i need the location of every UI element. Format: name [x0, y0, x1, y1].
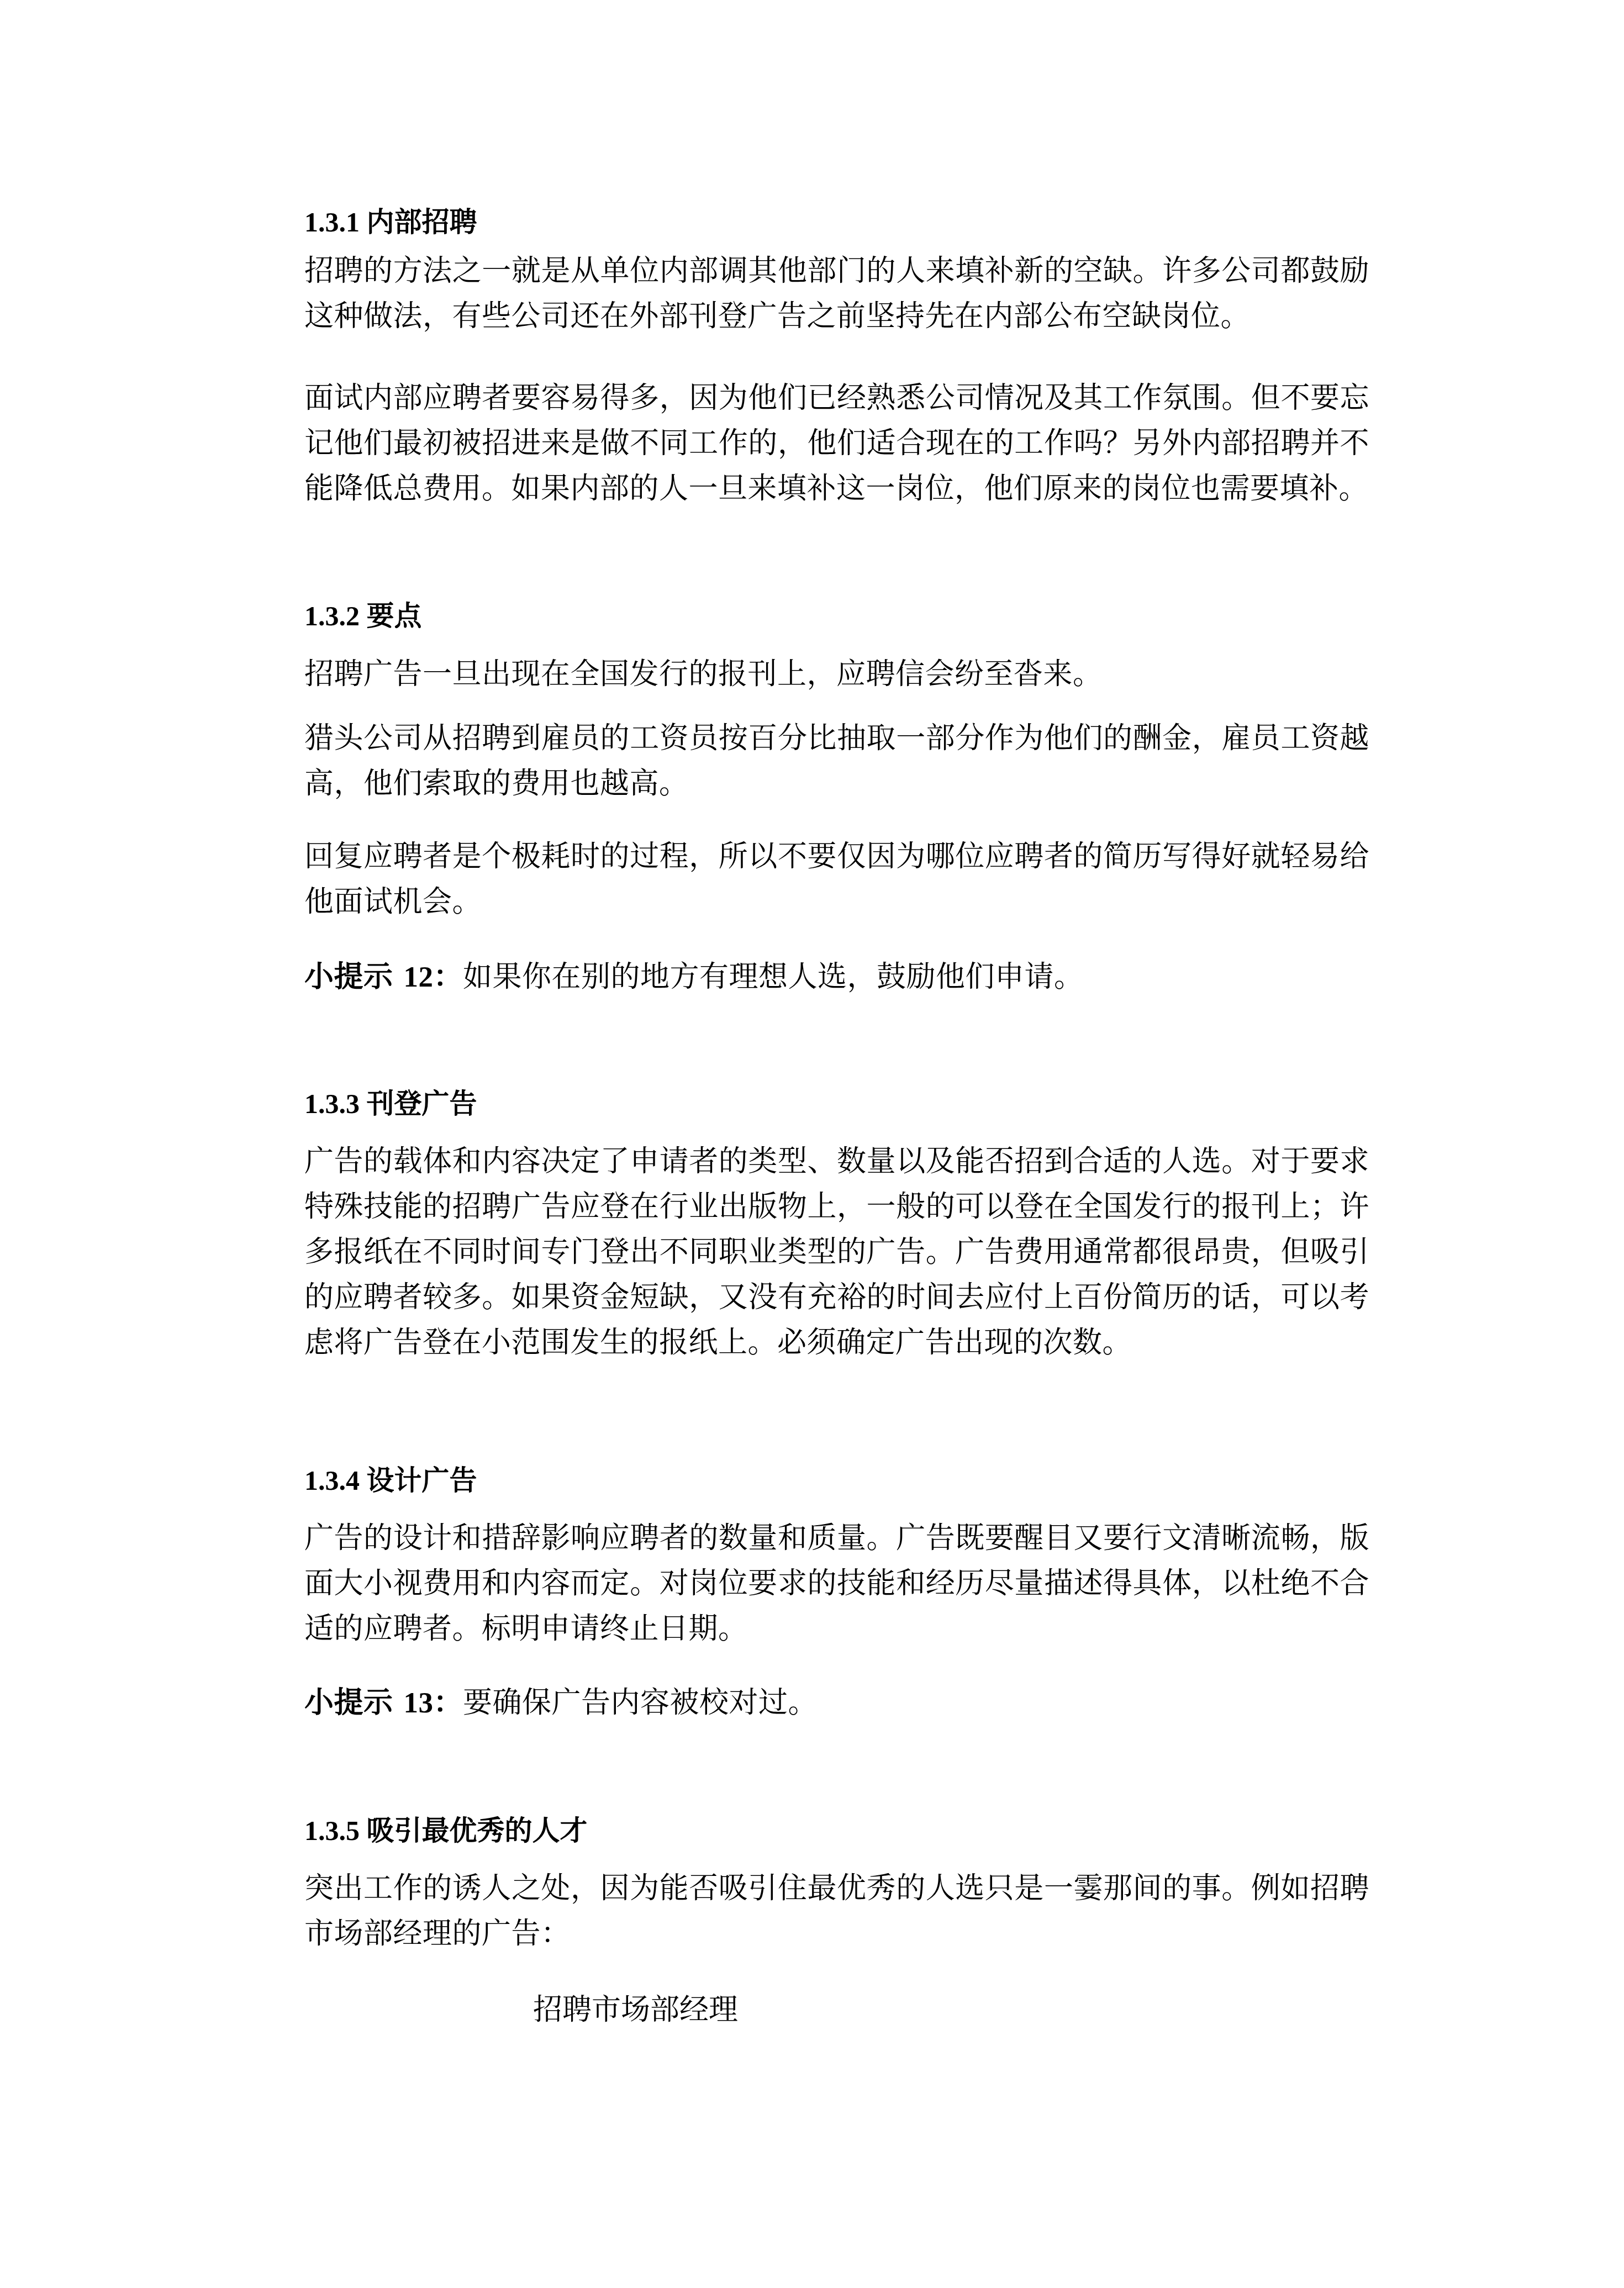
paragraph: 广告的载体和内容决定了申请者的类型、数量以及能否招到合适的人选。对于要求特殊技能… — [304, 1139, 1369, 1366]
tip-12: 小提示 12：如果你在别的地方有理想人选，鼓励他们申请。 — [304, 955, 1369, 1000]
paragraph: 面试内部应聘者要容易得多，因为他们已经熟悉公司情况及其工作氛围。但不要忘记他们最… — [304, 376, 1369, 512]
section-heading-1-3-5: 1.3.5 吸引最优秀的人才 — [304, 1814, 588, 1847]
section-number: 1.3.4 — [304, 1465, 360, 1496]
section-number: 1.3.5 — [304, 1815, 360, 1846]
tip-label: 小提示 13： — [304, 1686, 463, 1720]
tip-text: 如果你在别的地方有理想人选，鼓励他们申请。 — [463, 960, 1084, 994]
ad-example-title: 招聘市场部经理 — [533, 1991, 738, 2029]
section-number: 1.3.3 — [304, 1088, 360, 1119]
section-heading-1-3-4: 1.3.4 设计广告 — [304, 1464, 477, 1497]
paragraph: 广告的设计和措辞影响应聘者的数量和质量。广告既要醒目又要行文清晰流畅，版面大小视… — [304, 1516, 1369, 1652]
section-title: 内部招聘 — [367, 206, 477, 238]
paragraph: 招聘的方法之一就是从单位内部调其他部门的人来填补新的空缺。许多公司都鼓励这种做法… — [304, 249, 1369, 339]
tip-text: 要确保广告内容被校对过。 — [463, 1686, 818, 1720]
paragraph: 猎头公司从招聘到雇员的工资员按百分比抽取一部分作为他们的酬金，雇员工资越高，他们… — [304, 716, 1369, 806]
tip-13: 小提示 13：要确保广告内容被校对过。 — [304, 1680, 1369, 1726]
paragraph: 突出工作的诱人之处，因为能否吸引住最优秀的人选只是一霎那间的事。例如招聘市场部经… — [304, 1866, 1369, 1957]
section-title: 要点 — [367, 600, 422, 632]
section-title: 设计广告 — [367, 1464, 477, 1496]
tip-label: 小提示 12： — [304, 960, 463, 994]
section-heading-1-3-3: 1.3.3 刊登广告 — [304, 1087, 477, 1120]
section-title: 吸引最优秀的人才 — [367, 1815, 588, 1847]
section-title: 刊登广告 — [367, 1088, 477, 1120]
section-heading-1-3-2: 1.3.2 要点 — [304, 599, 422, 632]
paragraph: 招聘广告一旦出现在全国发行的报刊上，应聘信会纷至沓来。 — [304, 652, 1369, 697]
section-number: 1.3.1 — [304, 207, 360, 238]
section-number: 1.3.2 — [304, 600, 360, 631]
paragraph: 回复应聘者是个极耗时的过程，所以不要仅因为哪位应聘者的简历写得好就轻易给他面试机… — [304, 834, 1369, 925]
section-heading-1-3-1: 1.3.1 内部招聘 — [304, 205, 477, 239]
